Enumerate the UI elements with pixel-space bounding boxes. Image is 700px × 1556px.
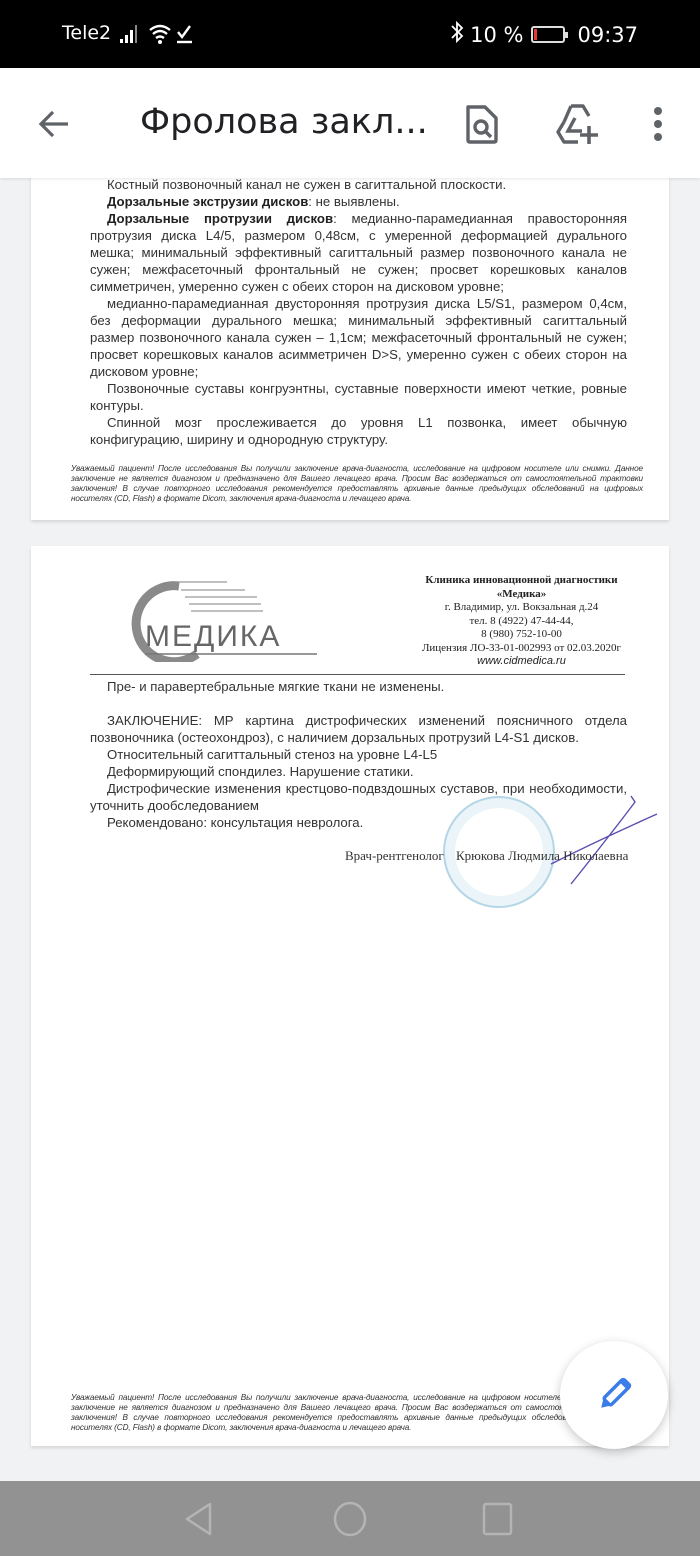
clinic-license: Лицензия ЛО-33-01-002993 от 02.03.2020г xyxy=(414,642,629,656)
signature-name: Крюкова Людмила Николаевна xyxy=(456,848,628,864)
more-options-button[interactable] xyxy=(636,102,680,146)
bluetooth-icon xyxy=(450,20,464,49)
signal-wifi-icons xyxy=(120,22,200,50)
recents-square-icon xyxy=(480,1501,516,1537)
findings-text: Костный позвоночный канал не сужен в саг… xyxy=(90,176,627,448)
document-page-2: МЕДИКА Клиника инновационной диагностики… xyxy=(31,546,669,1446)
paragraph: Пре- и паравертебральные мягкие ткани не… xyxy=(90,678,627,695)
signature-scribble xyxy=(531,794,661,894)
paragraph: Дорзальные экструзии дисков: не выявлены… xyxy=(90,193,627,210)
nav-home-button[interactable] xyxy=(332,1501,368,1537)
patient-disclaimer: Уважаемый пациент! После исследования Вы… xyxy=(71,1393,643,1433)
wifi-icon xyxy=(150,26,170,38)
paragraph: медианно-парамедианная двусторонняя прот… xyxy=(90,295,627,380)
paragraph: Костный позвоночный канал не сужен в саг… xyxy=(90,176,627,193)
clinic-phone-2: 8 (980) 752-10-00 xyxy=(414,628,629,642)
back-triangle-icon xyxy=(182,1501,218,1537)
home-circle-icon xyxy=(332,1501,368,1537)
clock: 09:37 xyxy=(577,23,638,47)
nav-back-button[interactable] xyxy=(182,1501,218,1537)
header-divider xyxy=(90,674,625,675)
clinic-website: www.cidmedica.ru xyxy=(414,655,629,669)
conclusion-paragraph: ЗАКЛЮЧЕНИЕ: МР картина дистрофических из… xyxy=(90,712,627,746)
svg-text:МЕДИКА: МЕДИКА xyxy=(145,620,281,653)
back-arrow-icon xyxy=(34,104,74,144)
signature-role: Врач-рентгенолог xyxy=(345,848,444,864)
paragraph: Дорзальные протрузии дисков: медианно-па… xyxy=(90,210,627,295)
back-button[interactable] xyxy=(34,104,74,144)
document-search-icon xyxy=(460,102,504,146)
status-bar: Tele2 10 % 09:37 xyxy=(0,0,700,68)
carrier-name: Tele2 xyxy=(62,22,111,44)
spacer xyxy=(90,695,627,712)
clinic-header: Клиника инновационной диагностики «Медик… xyxy=(414,574,629,669)
find-in-document-button[interactable] xyxy=(460,102,504,146)
paragraph: Деформирующий спондилез. Нарушение стати… xyxy=(90,763,627,780)
system-nav-bar xyxy=(0,1481,700,1556)
pencil-edit-icon xyxy=(594,1375,634,1415)
clinic-brand: «Медика» xyxy=(414,588,629,602)
document-title: Фролова закл... xyxy=(140,102,428,142)
app-bar: Фролова закл... xyxy=(0,68,700,178)
battery-percent: 10 % xyxy=(470,23,523,47)
status-right: 10 % 09:37 xyxy=(450,20,638,49)
clinic-address: г. Владимир, ул. Вокзальная д.24 xyxy=(414,601,629,615)
paragraph: Спинной мозг прослеживается до уровня L1… xyxy=(90,414,627,448)
battery-icon xyxy=(531,26,565,43)
add-to-drive-icon xyxy=(554,102,600,146)
clinic-name: Клиника инновационной диагностики xyxy=(414,574,629,588)
nav-recents-button[interactable] xyxy=(480,1501,516,1537)
document-page-1: Костный позвоночный канал не сужен в саг… xyxy=(31,175,669,520)
paragraph: Относительный сагиттальный стеноз на уро… xyxy=(90,746,627,763)
download-done-icon xyxy=(177,26,192,42)
edit-fab-button[interactable] xyxy=(560,1341,668,1449)
clinic-phone-1: тел. 8 (4922) 47-44-44, xyxy=(414,615,629,629)
more-vert-icon xyxy=(636,102,680,146)
signal-icon xyxy=(120,25,137,43)
medika-logo: МЕДИКА xyxy=(117,572,317,662)
add-to-drive-button[interactable] xyxy=(554,102,598,146)
patient-disclaimer: Уважаемый пациент! После исследования Вы… xyxy=(71,464,643,504)
paragraph: Позвоночные суставы конгруэнтны, суставн… xyxy=(90,380,627,414)
